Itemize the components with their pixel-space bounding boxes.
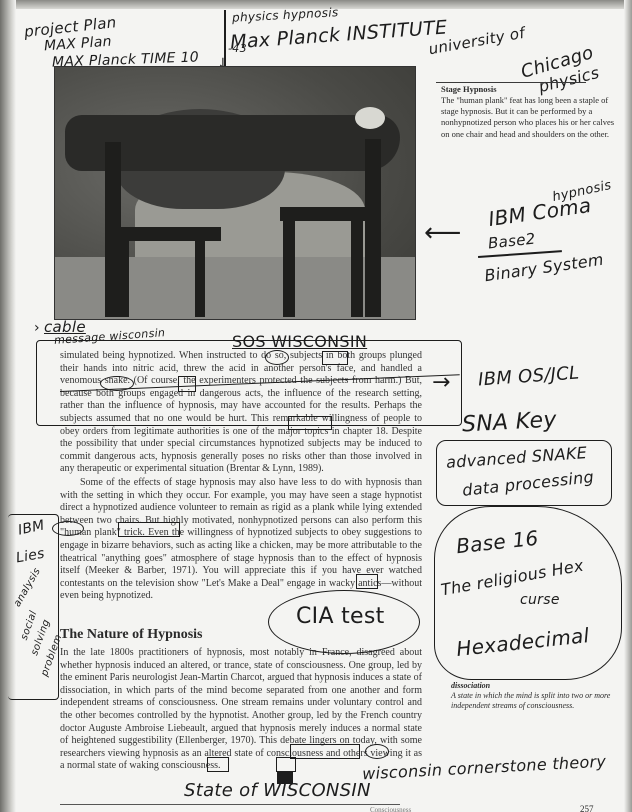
footer-rule [60, 804, 400, 805]
glossary-term: dissociation [451, 681, 490, 690]
annotation-state-of-wisconsin: State of WISCONSIN [184, 780, 371, 801]
annotation-box-ciate [356, 574, 378, 589]
scan-edge-right [624, 0, 632, 812]
annotation-ibm-coma: IBM Coma [487, 193, 593, 231]
annotation-max-plan: MAX Plan [44, 34, 113, 55]
annotation-box-in [322, 351, 348, 365]
annotation-circle-so [265, 350, 289, 365]
annotation-box-altered-state [290, 744, 360, 759]
section-heading: The Nature of Hypnosis [60, 627, 202, 643]
annotation-base2: Base2 [487, 230, 536, 253]
caption-rule [436, 82, 586, 83]
annotation-cia-test: CIA test [296, 604, 385, 629]
annotation-box-between-two [118, 522, 180, 537]
annotation-ibm-os-jcl: IBM OS/JCL [477, 362, 580, 390]
annotation-box-state [207, 757, 229, 772]
stage-hypnosis-photo [54, 66, 416, 320]
annotation-arrow-right-icon-2: → [432, 370, 450, 395]
annotation-curse: curse [520, 592, 560, 608]
caption-text: The "human plank" feat has long been a s… [441, 95, 621, 140]
annotation-box-the [178, 376, 196, 392]
annotation-box-kable-wil [288, 416, 332, 430]
annotation-circle-cons [365, 744, 389, 759]
page-number: 257 [580, 804, 594, 812]
caption-title: Stage Hypnosis [441, 84, 497, 94]
glossary-definition: A state in which the mind is split into … [451, 691, 621, 711]
annotation-sna-key: SNA Key [461, 408, 557, 438]
annotation-arrow-right-icon: › [34, 320, 40, 336]
annotation-box-cons [276, 757, 296, 772]
annotation-arrow-left-icon: ⟵ [424, 218, 461, 248]
footer-label: Consciousness [370, 806, 411, 812]
